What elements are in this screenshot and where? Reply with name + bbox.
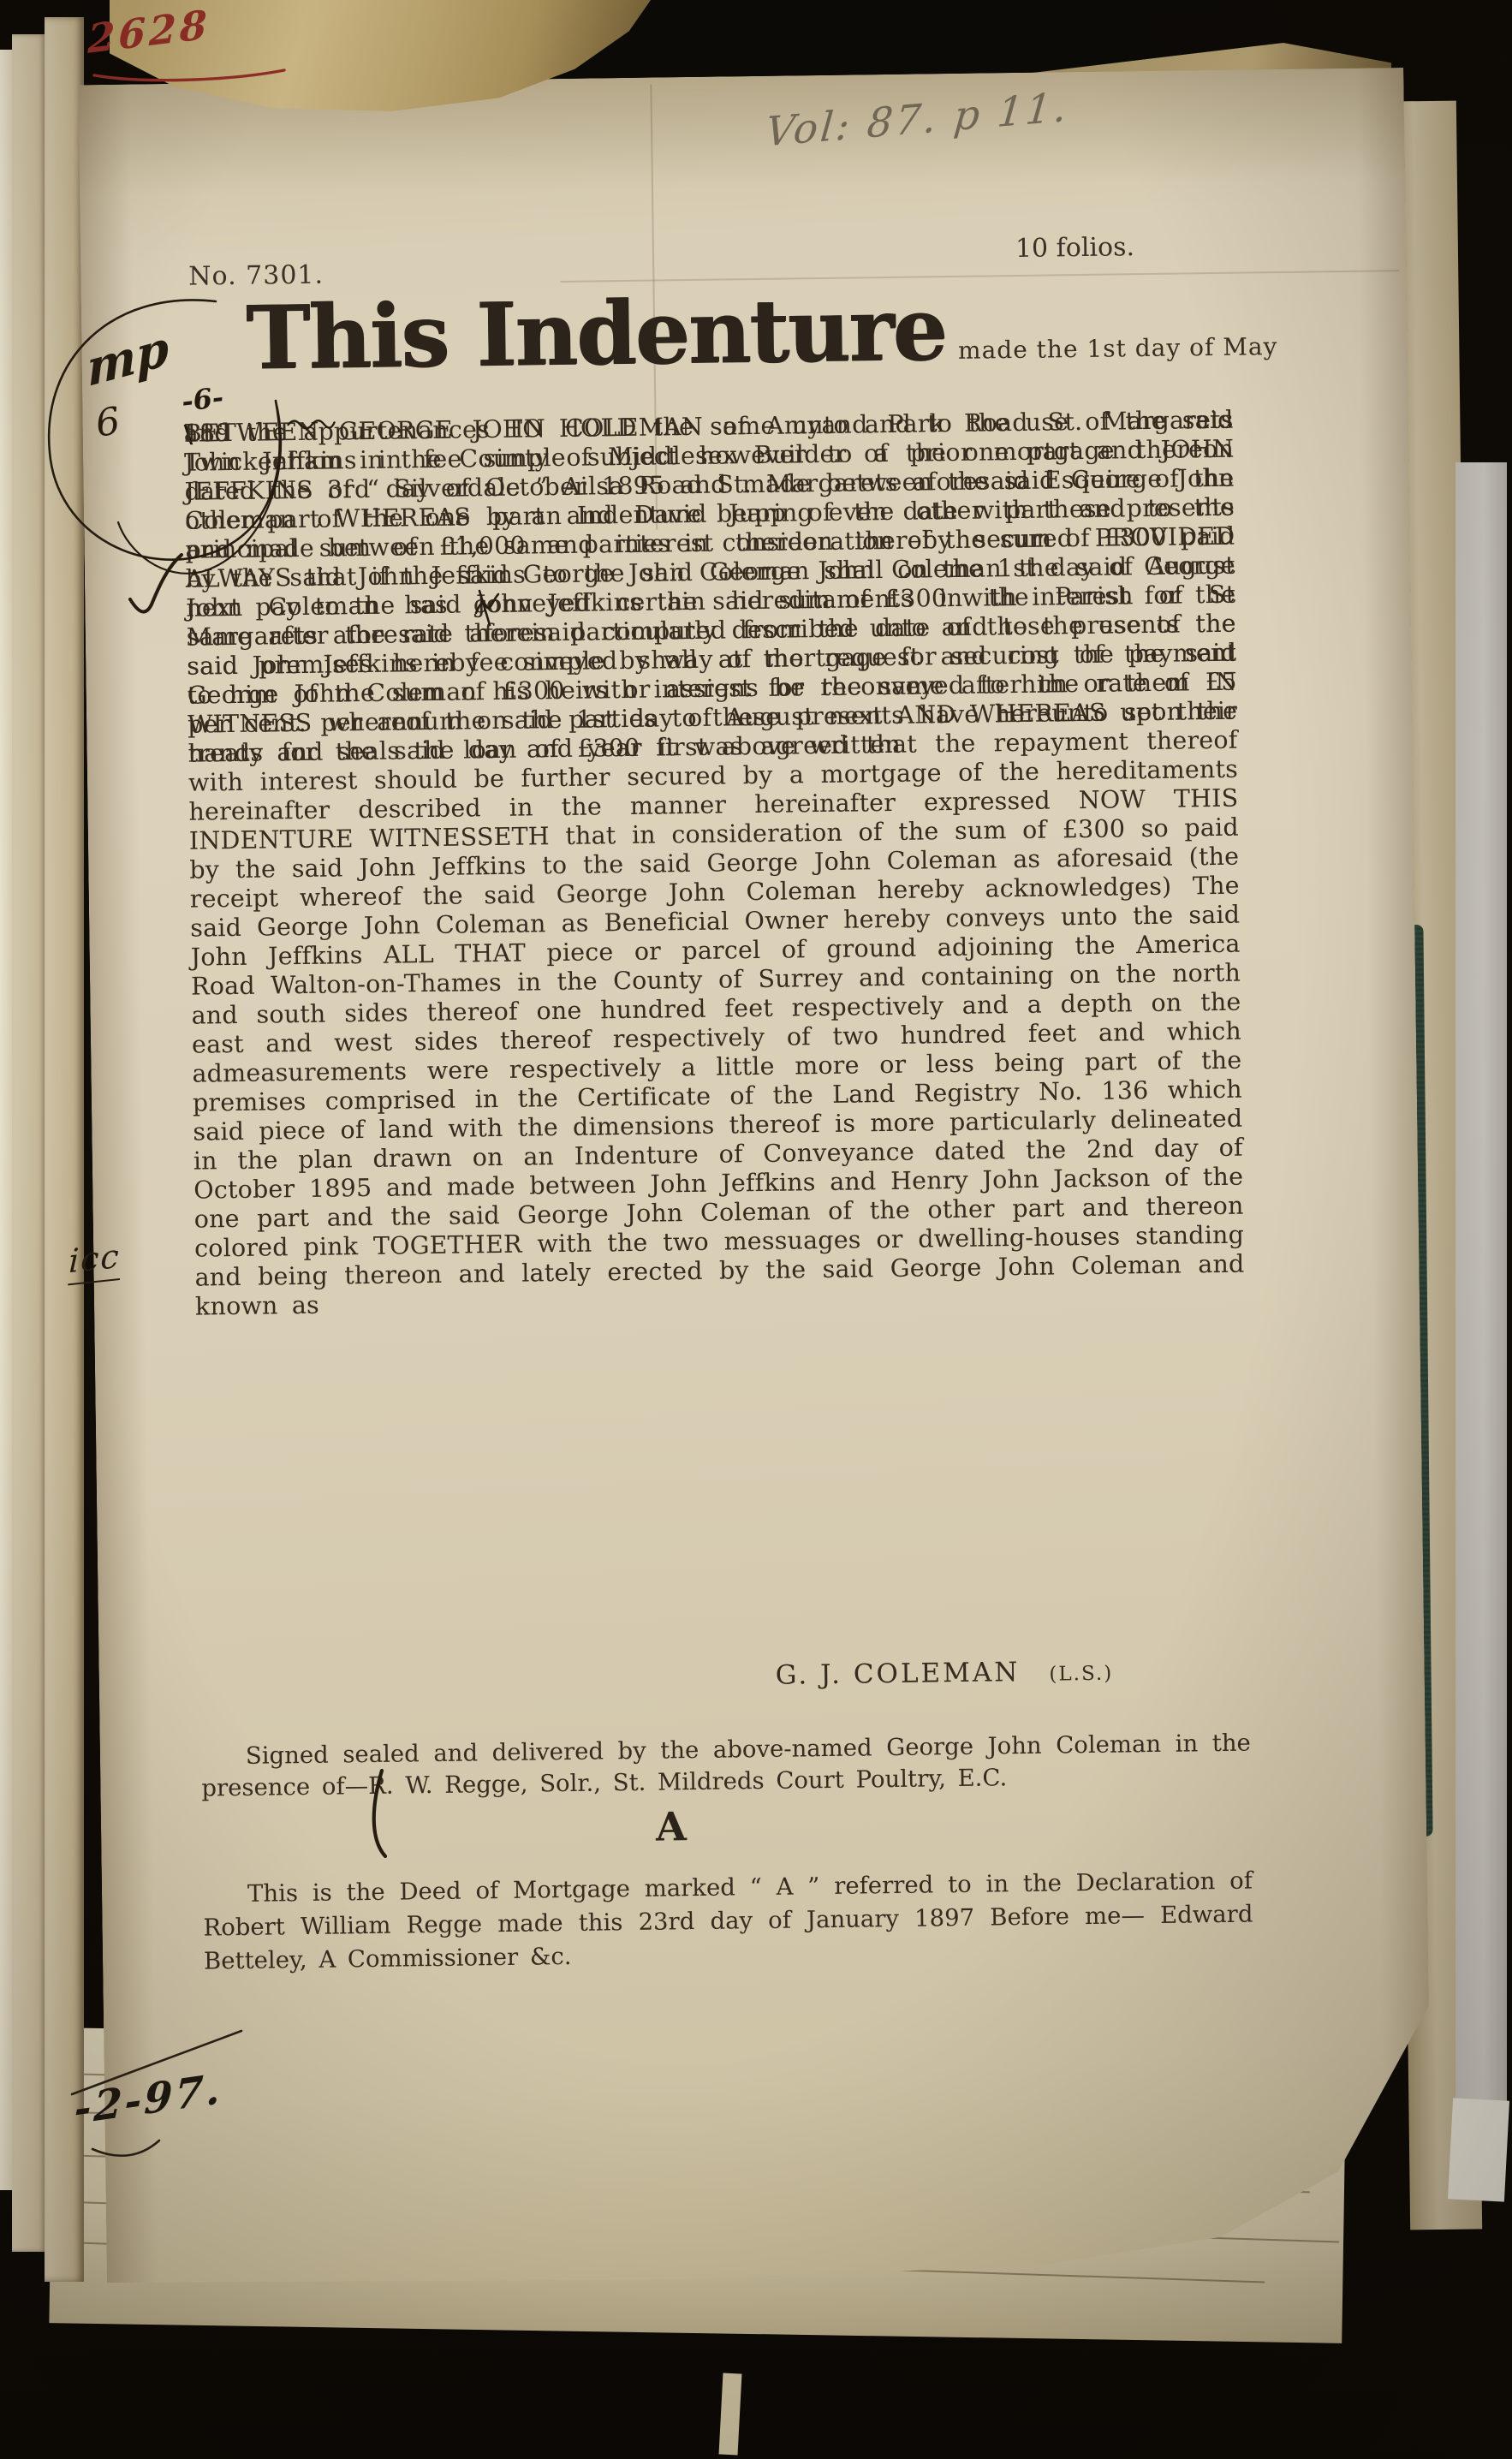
paper-scrap bbox=[719, 2373, 742, 2455]
exhibit-mark: A bbox=[656, 1803, 688, 1849]
signature: G. J. COLEMAN bbox=[776, 1657, 1021, 1691]
handwritten-year-insertion: -6- bbox=[180, 381, 225, 418]
commissioner-declaration: This is the Deed of Mortgage marked “ A … bbox=[203, 1865, 1253, 1979]
signature-row: G. J. COLEMAN (L.S.) bbox=[776, 1656, 1114, 1691]
folio-count: 10 folios. bbox=[1015, 232, 1135, 264]
margin-note: icc bbox=[68, 1237, 121, 1286]
deed-title-continuation: made the 1st day of May bbox=[958, 332, 1278, 365]
torn-paper-sliver bbox=[1448, 2098, 1509, 2201]
deed-title: This Indenture bbox=[245, 277, 946, 389]
left-page-edge-strip bbox=[45, 17, 84, 2282]
deed-paragraph-1: 189\ BETWEEN GEORGE JOHN COLEMAN of Amya… bbox=[183, 406, 1233, 420]
left-page-edge-strip bbox=[12, 34, 46, 2252]
volume-page-reference: Vol: 87. p 11. bbox=[764, 83, 1071, 156]
archival-photograph: 2628 Vol: 87. p 11. No. 7301. 10 folios.… bbox=[0, 0, 1512, 2459]
deed-body: 189\ BETWEEN GEORGE JOHN COLEMAN of Amya… bbox=[183, 406, 1237, 769]
seal-mark: (L.S.) bbox=[1049, 1663, 1113, 1686]
deed-page: Vol: 87. p 11. No. 7301. 10 folios. This… bbox=[78, 68, 1432, 2287]
deed-text-part1: BETWEEN GEORGE JOHN COLEMAN of Amyand Pa… bbox=[183, 406, 1245, 1322]
attestation-clause: Signed sealed and delivered by the above… bbox=[201, 1728, 1252, 1805]
title-row: This Indenture made the 1st day of May bbox=[245, 273, 1277, 389]
adjacent-grey-paper bbox=[1455, 462, 1507, 2128]
